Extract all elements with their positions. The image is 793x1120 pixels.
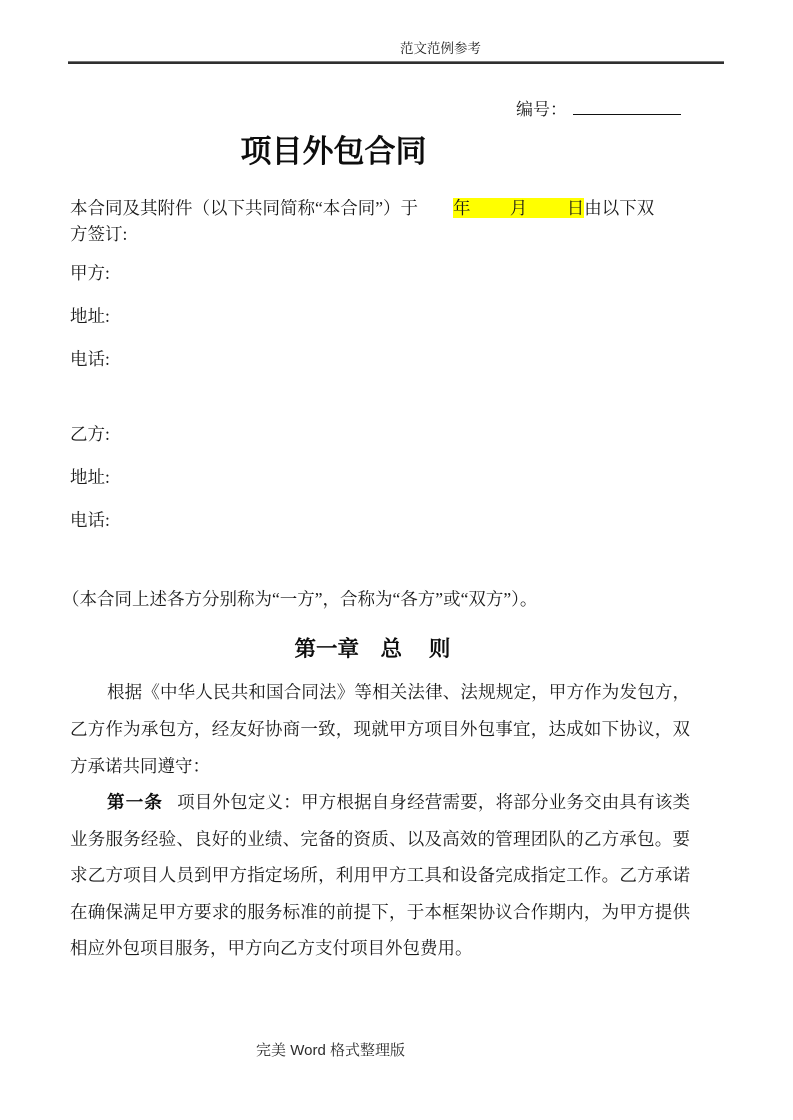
party-a-address-label: 地址: [70, 306, 110, 326]
header-rule [68, 61, 724, 64]
article-1-paragraph: 第一条项目外包定义：甲方根据自身经营需要，将部分业务交由具有该类业务服务经验、良… [70, 784, 690, 967]
header-watermark: 范文范例参考 [44, 40, 793, 58]
party-b-name-label: 乙方: [70, 424, 110, 444]
party-b-address-label: 地址: [70, 467, 110, 487]
serial-number-row: 编号： [516, 97, 681, 122]
intro-paragraph: 本合同及其附件（以下共同简称“本合同”）于 年 月 日由以下双 方签订: [70, 195, 714, 247]
date-highlight: 年 月 日 [453, 198, 584, 218]
party-a-phone-label: 电话: [70, 349, 110, 369]
party-a-block: 甲方: 地址: 电话: [70, 263, 110, 392]
chapter-1-paragraph: 根据《中华人民共和国合同法》等相关法律、法规规定，甲方作为发包方，乙方作为承包方… [70, 674, 690, 785]
document-title: 项目外包合同 [0, 134, 730, 170]
party-b-block: 乙方: 地址: 电话: [70, 424, 110, 553]
party-b-phone-label: 电话: [70, 510, 110, 530]
parties-note: （本合同上述各方分别称为“一方”，合称为“各方”或“双方”）。 [62, 587, 742, 611]
intro-text-post: 由以下双 [584, 198, 654, 218]
intro-gap [418, 198, 453, 218]
document-page: 范文范例参考 编号： 项目外包合同 本合同及其附件（以下共同简称“本合同”）于 … [0, 0, 793, 1120]
intro-line2: 方签订: [70, 224, 127, 244]
article-1-label: 第一条 [107, 792, 163, 812]
footer-note: 完美 Word 格式整理版 [0, 1041, 727, 1061]
serial-number-blank [573, 97, 681, 115]
chapter-1-heading: 第一章 总 则 [0, 636, 769, 662]
party-a-name-label: 甲方: [70, 263, 110, 283]
intro-text-pre: 本合同及其附件（以下共同简称“本合同”）于 [70, 198, 418, 218]
serial-number-label: 编号： [516, 100, 567, 119]
article-1-text: 项目外包定义：甲方根据自身经营需要，将部分业务交由具有该类业务服务经验、良好的业… [70, 792, 690, 958]
